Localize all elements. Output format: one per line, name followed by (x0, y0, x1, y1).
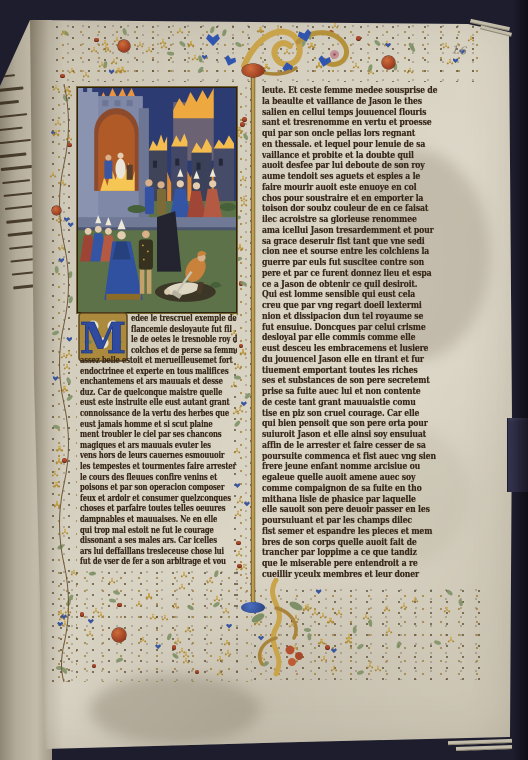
red-roundel-icon (52, 206, 61, 215)
text-line: sa grace deseruir fist tant que vne sedi (262, 237, 451, 248)
text-line: leute. Et ceste femme medee sousprise de (262, 86, 451, 97)
text-line: pere et par ce furent donnez lieu et esp… (262, 269, 451, 280)
text-line: nion et dissipacion dun tel royaume se (262, 312, 451, 323)
text-line: guerre par euls fut suscitee contre son (262, 258, 451, 269)
text-line: eust jamais homme et si scut plaine (80, 420, 202, 431)
text-line: le cours des fleuues confire venins et (80, 473, 202, 484)
text-line: faire mourir auoit este enuoye en col (262, 183, 451, 194)
text-line: les tempestes et tourmentes faire arrest… (80, 462, 202, 473)
right-column: leute. Et ceste femme medee sousprise de… (262, 86, 482, 583)
text-line: assez belle estoit et merueilleusemet fo… (80, 356, 202, 367)
text-line: tiuement emportant toutes les riches (262, 366, 451, 377)
text-line: aume tendoit ses aguets et espies a le (262, 172, 451, 183)
text-line: de ceste tant grant mauuaistie comu (262, 398, 451, 409)
text-line: eust desceu les embracemens et lusiere (262, 344, 451, 355)
text-line: elle sauoit son pere deuoir passer en le… (262, 505, 451, 516)
folio-number: 16 (451, 43, 468, 58)
text-line: egaleue quelle auoit amene auec soy (262, 473, 451, 484)
text-line: endoctrinee et experte en tous malifices (80, 367, 202, 378)
text-line: fut ensuiue. Doncques par celui crisme (262, 323, 451, 334)
text-line: poursuiuant et par les champs dilec (262, 516, 451, 527)
page-stack-edge (456, 745, 512, 751)
text-line: fist semer et espandre les pieces et mem (262, 527, 451, 538)
text-line: frere jeune enfant nomme arcisiue ou (262, 462, 451, 473)
initial-letter: M (80, 314, 127, 362)
text-line: Qui est lomme sensible qui eust cela (262, 290, 451, 301)
parchment-stain (90, 675, 260, 745)
column-divider-bar (251, 77, 255, 609)
text-line: chos pour soustraire et en emporter la (262, 194, 451, 205)
bottom-foliage-motif (226, 578, 326, 680)
text-line: le de oetes le tresnoble roy de (131, 335, 212, 346)
illuminated-initial: M (78, 312, 128, 362)
text-line: tise en piz son cruel courage. Car elle (262, 409, 451, 420)
text-line: en thessale. et lequel pour lenuie de sa (262, 140, 451, 151)
text-line: sant et tresrenomme en vertu et proesse (262, 118, 451, 129)
text-line: fut de vser de fer a son arbitrage et vo… (80, 557, 202, 568)
page-stack-edge (448, 739, 512, 745)
text-line: desloyal par elle commis comme elle (262, 333, 451, 344)
text-line: vaillance et probite et la doubte quil (262, 151, 451, 162)
text-line: affin de le arrester et faire cesser de … (262, 441, 451, 452)
text-line: toison dor soubz couleur de en ce faisat (262, 204, 451, 215)
text-line: auoit desfee par lui deboute de son roy (262, 161, 451, 172)
vine-stem (50, 84, 77, 682)
text-line: dissonant a ses males ars. Car icelles (80, 536, 202, 547)
text-line: salien en cellui temps jouuencel flouris (262, 108, 451, 119)
red-roundel-icon (112, 628, 126, 642)
text-line: ce a Jason de obtenir ce quil desiroit. (262, 280, 451, 291)
text-line: bres de son corps quelle auoit fait de (262, 538, 451, 549)
text-line: cion nee et sourse entre les colchiens l… (262, 247, 451, 258)
text-line: suiuroit Jason et elle ainsi soy ensuiua… (262, 430, 451, 441)
text-line: que le miserable pere entendroit a re (262, 559, 451, 570)
text-line: vens hors de leurs cauernes esmouuoir (80, 451, 202, 462)
text-line: edee le trescruel exemple de (131, 314, 212, 325)
text-line: duz. Car de quelconque maistre quelle (80, 388, 202, 399)
text-line: dampnables et mauuaises. Ne en elle (80, 515, 202, 526)
text-line: ilec acroistre sa glorieuse renommee (262, 215, 451, 226)
red-roundel-icon (382, 56, 395, 69)
text-line: feux et ardoir et consumer quelzconques (80, 494, 202, 505)
text-line: ars lui deffaillans tresleceuse chose lu… (80, 547, 202, 558)
text-line: poisons et par son operacion composer (80, 483, 202, 494)
text-line: cueillir yceulx membres et leur doner (262, 570, 451, 581)
text-line: ses et substances de son pere secretemt (262, 376, 451, 387)
left-column-indented-lines: edee le trescruel exemple deflancemie de… (131, 314, 237, 357)
text-line: mithana lisle de phasice par laquelle (262, 495, 451, 506)
text-line: comme compaignon de sa fuite en tho (262, 484, 451, 495)
text-line: choses et parfaire toutes telles oeuures (80, 504, 202, 515)
miniature-painting (77, 87, 237, 313)
left-column: assez belle estoit et merueilleusemet fo… (80, 356, 240, 570)
bush (128, 205, 146, 213)
text-line: connoissance de la vertu des herbes que (80, 409, 202, 420)
text-line: ment troubler le ciel par ses chancons (80, 430, 202, 441)
text-line: eust este instruite elle eust autant gra… (80, 398, 202, 409)
red-roundel-icon (118, 40, 130, 52)
text-line: prise sa fuite auec lui et non contente (262, 387, 451, 398)
text-line: trancher par loppime a ce que tandiz (262, 548, 451, 559)
manuscript-photo: M edee le trescruel exemple deflancemie … (0, 0, 528, 760)
border-bottom-left (58, 570, 252, 682)
text-line: ama icellui Jason tresardemment et pour (262, 226, 451, 237)
pink-flower-icon (330, 50, 339, 59)
text-line: creu que par vng regart doeil lextermi (262, 301, 451, 312)
fore-edge-shadow (512, 0, 528, 760)
bush (220, 203, 236, 211)
text-line: la beaulte et vaillance de Jason le thes (262, 97, 451, 108)
text-line: flancemie desloyaute fut fil (131, 325, 212, 336)
manuscript-page: M edee le trescruel exemple deflancemie … (0, 0, 528, 760)
bar-top-fruit-icon (242, 64, 264, 77)
text-line: qui bien pensoit que son pere orta pour (262, 419, 451, 430)
text-line: enchantemens et ars mauuais et desse (80, 377, 202, 388)
text-line: qui par son oncle pelias lors regnant (262, 129, 451, 140)
burning-castle-gateway (78, 88, 149, 219)
text-line: colchos et de perse sa femme (131, 346, 212, 357)
text-line: qui trop mal estoit ne fut le courage (80, 526, 202, 537)
text-line: magiques et ars mauuais evuter les (80, 441, 202, 452)
text-line: du jouuencel Jason elle en tirant et fur (262, 355, 451, 366)
text-line: poursuite commenca et fist auec vng sien (262, 452, 451, 463)
